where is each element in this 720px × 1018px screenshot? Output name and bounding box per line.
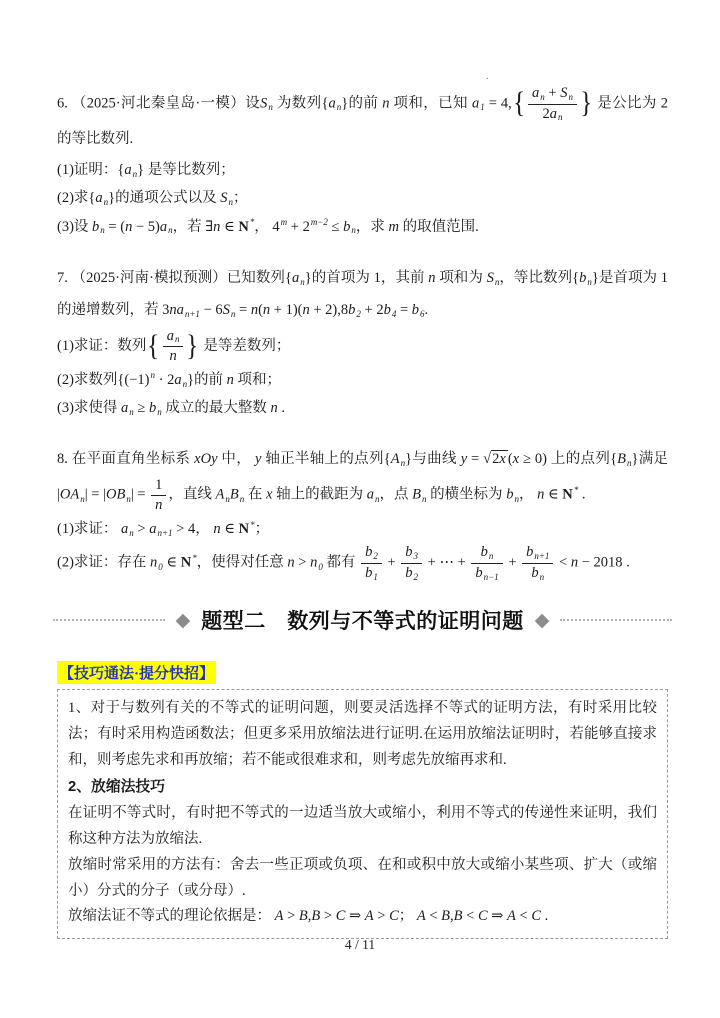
problem-6-part-2: (2)求{an}的通项公式以及 Sn； <box>57 184 668 212</box>
right-brace: } <box>187 334 199 359</box>
sqrt-expression: √2x <box>483 450 508 467</box>
page-content: 6. （2025·河北秦皇岛·一模）设Sn 为数列{an}的前 n 项和，已知 … <box>57 84 668 939</box>
right-brace: } <box>580 91 592 116</box>
fraction: an + Sn2an <box>528 84 577 124</box>
problem-6: 6. （2025·河北秦皇岛·一模）设Sn 为数列{an}的前 n 项和，已知 … <box>57 84 668 241</box>
tip-label: 【技巧通法·提分快招】 <box>57 661 216 684</box>
section-header: ◆ 题型二 数列与不等式的证明问题 ◆ <box>57 605 668 635</box>
problem-6-part-3: (3)设 bn = (n − 5)an，若 ∃n ∈ N*， 4m + 2m−2… <box>57 213 668 241</box>
problem-8-part-2: (2)求证：存在 n0 ∈ N*，使得对任意 n > n0 都有 b2b1 + … <box>57 543 668 583</box>
problem-6-statement: 6. （2025·河北秦皇岛·一模）设Sn 为数列{an}的前 n 项和，已知 … <box>57 84 668 156</box>
tip-paragraph-3: 在证明不等式时，有时把不等式的一边适当放大或缩小，利用不等式的传递性来证明，我们… <box>68 801 657 853</box>
diamond-icon: ◆ <box>535 611 550 630</box>
document-page: . 6. （2025·河北秦皇岛·一模）设Sn 为数列{an}的前 n 项和，已… <box>0 0 720 1018</box>
left-brace: { <box>147 334 159 359</box>
page-number: 4 / 11 <box>0 937 720 953</box>
tip-paragraph-4: 放缩时常采用的方法有：舍去一些正项或负项、在和或积中放大或缩小某些项、扩大（或缩… <box>68 853 657 905</box>
problem-6-part-1: (1)证明：{an} 是等比数列； <box>57 156 668 184</box>
problem-8-statement: 8. 在平面直角坐标系 xOy 中， y 轴正半轴上的点列{An}与曲线 y =… <box>57 444 668 515</box>
fraction: bn+1bn <box>522 543 553 583</box>
fraction: 1n <box>151 476 166 515</box>
tip-paragraph-5: 放缩法证不等式的理论依据是： A > B,B > C ⇒ A > C； A < … <box>68 904 657 930</box>
fraction: bnbn−1 <box>471 543 502 583</box>
problem-8-part-1: (1)求证： an > an+1 > 4， n ∈ N*； <box>57 515 668 543</box>
fraction: ann <box>163 327 184 366</box>
left-brace: { <box>513 91 525 116</box>
problem-7-statement: 7. （2025·河南·模拟预测）已知数列{an}的首项为 1，其前 n 项和为… <box>57 263 668 327</box>
diamond-icon: ◆ <box>176 611 191 630</box>
problem-8: 8. 在平面直角坐标系 xOy 中， y 轴正半轴上的点列{An}与曲线 y =… <box>57 444 668 583</box>
problem-7-part-1: (1)求证：数列{ann} 是等差数列； <box>57 327 668 366</box>
problem-7-part-3: (3)求使得 an ≥ bn 成立的最大整数 n . <box>57 394 668 422</box>
stray-mark: . <box>486 70 489 82</box>
fraction: b2b1 <box>361 543 382 583</box>
tip-paragraph-1: 1、对于与数列有关的不等式的证明问题，则要灵活选择不等式的证明方法，有时采用比较… <box>68 696 657 773</box>
dotted-line-right <box>560 619 672 621</box>
tip-box: 1、对于与数列有关的不等式的证明问题，则要灵活选择不等式的证明方法，有时采用比较… <box>57 689 668 939</box>
fraction: b3b2 <box>401 543 422 583</box>
problem-7-part-2: (2)求数列{(−1)n · 2an}的前 n 项和； <box>57 366 668 394</box>
problem-7: 7. （2025·河南·模拟预测）已知数列{an}的首项为 1，其前 n 项和为… <box>57 263 668 423</box>
section-title: 题型二 数列与不等式的证明问题 <box>201 605 524 635</box>
dotted-line-left <box>53 619 165 621</box>
tip-paragraph-2: 2、放缩法技巧 <box>68 774 657 801</box>
